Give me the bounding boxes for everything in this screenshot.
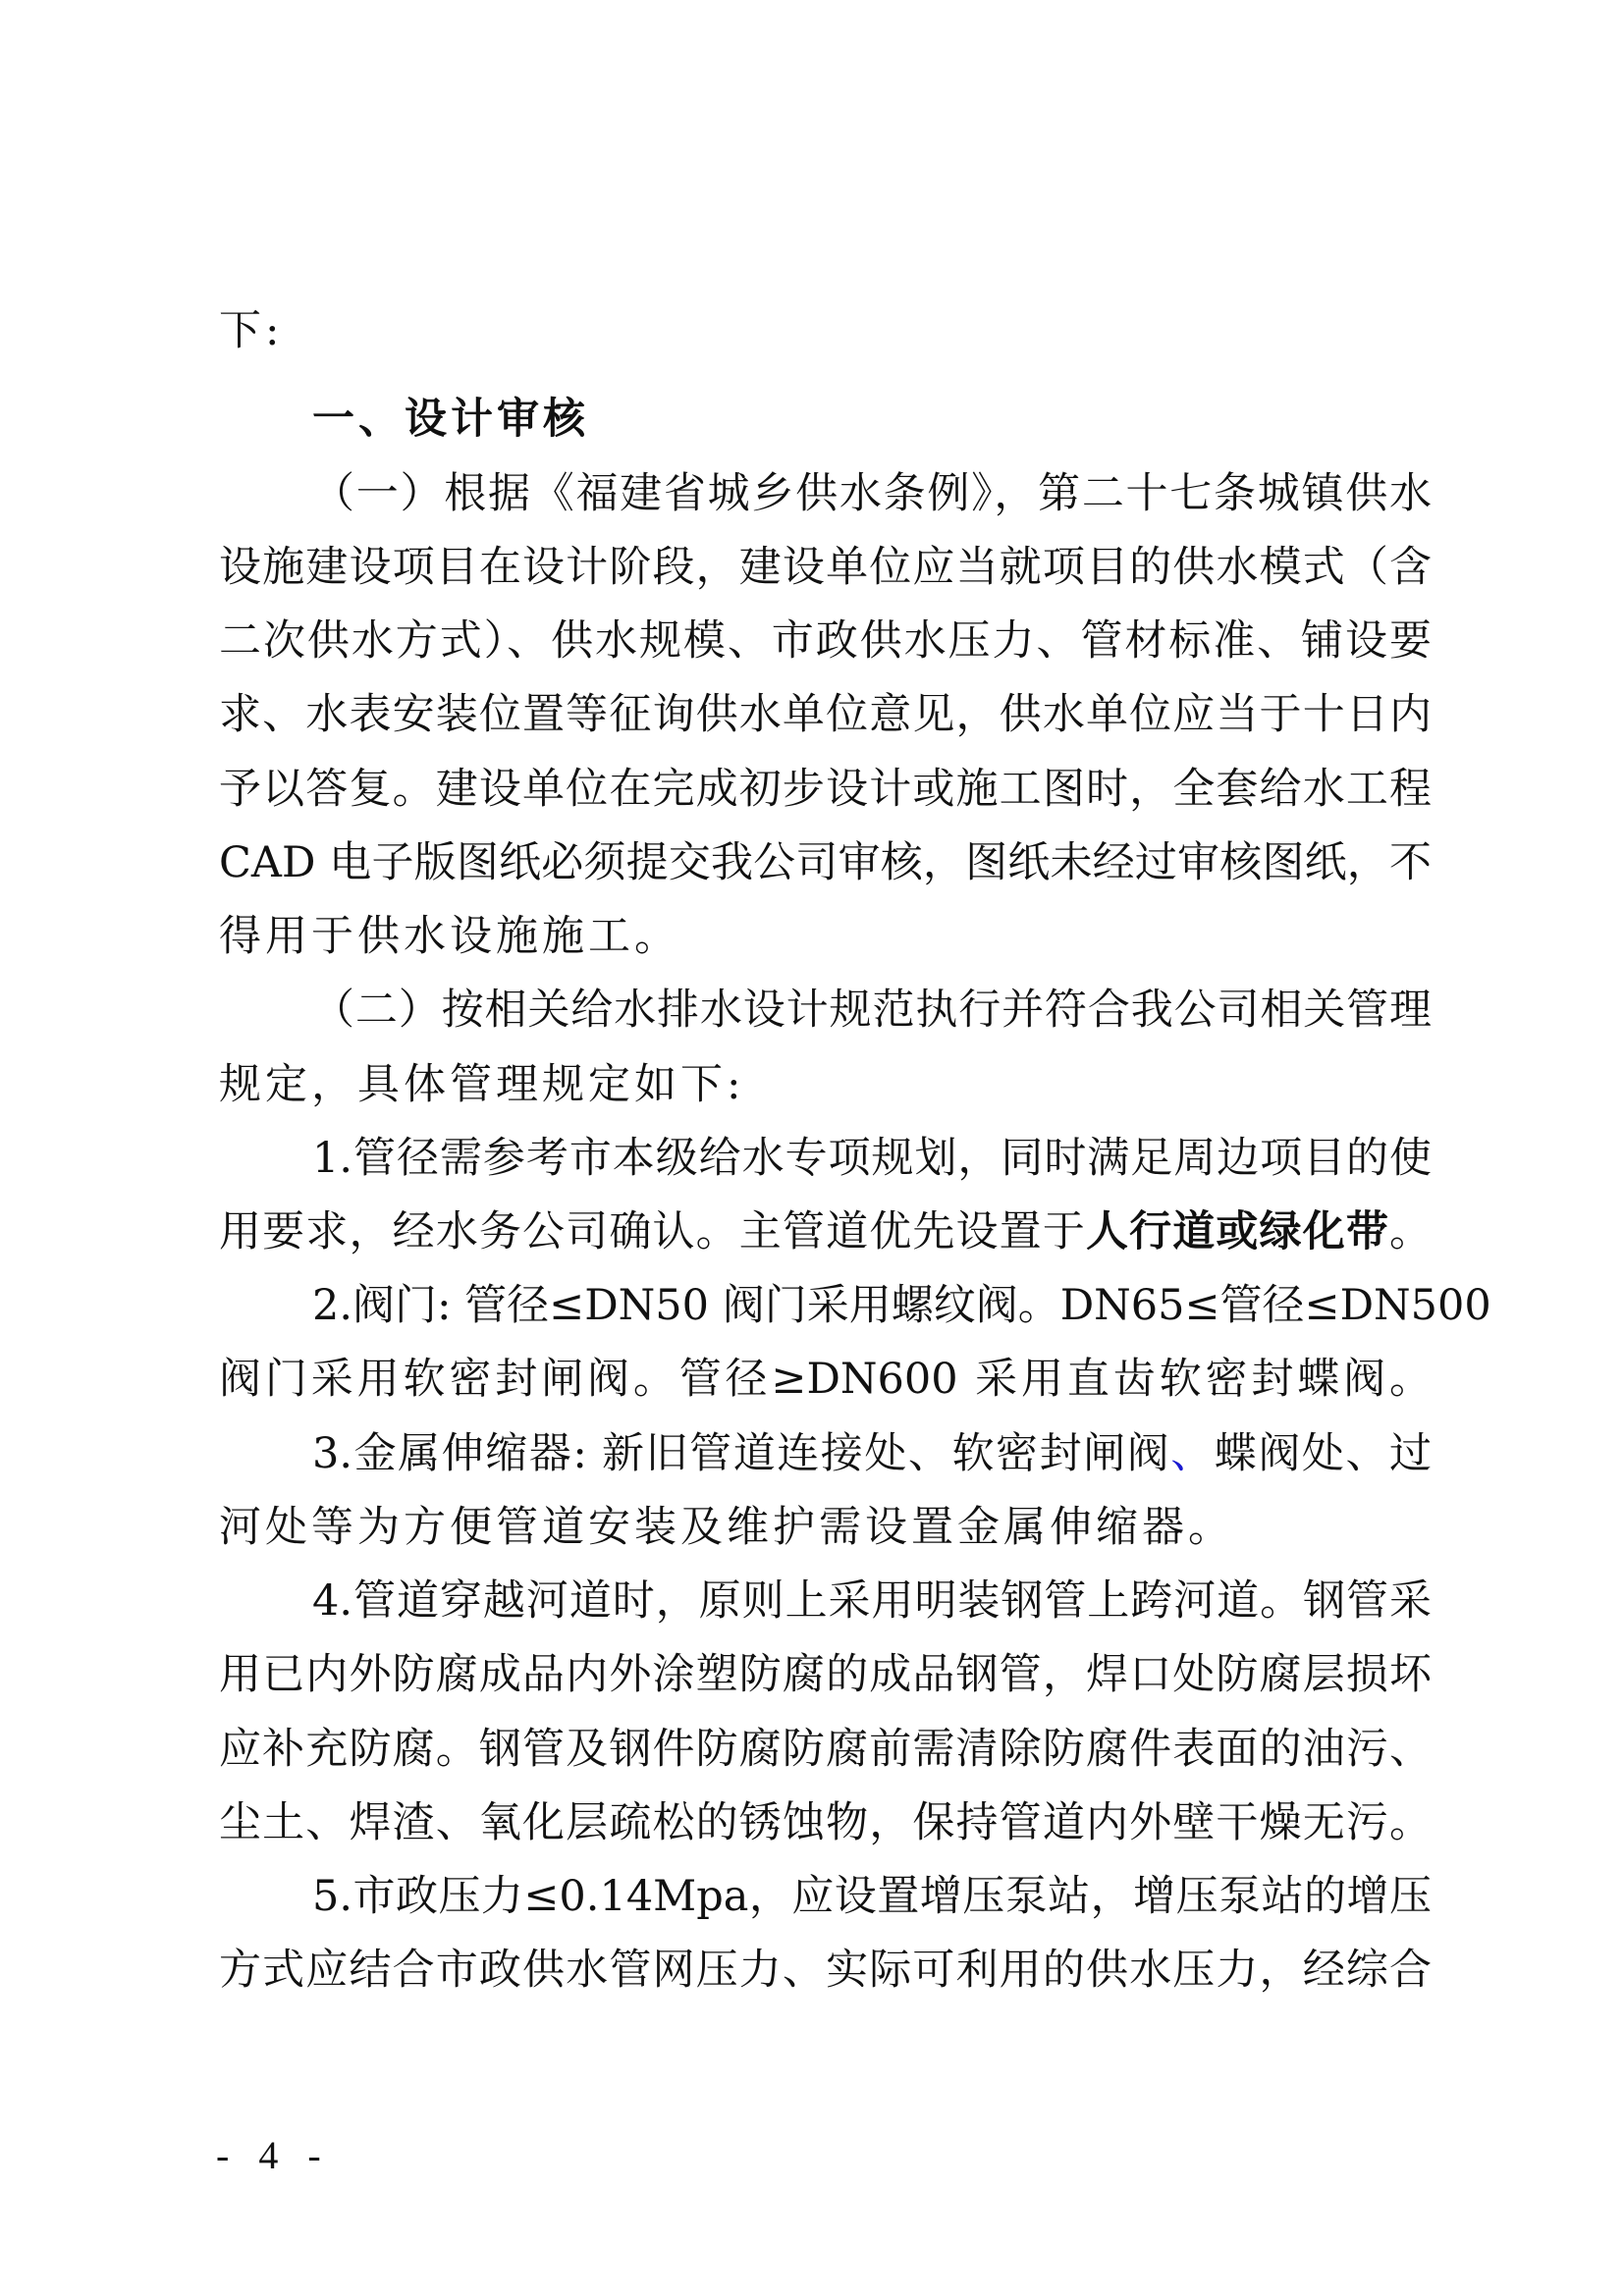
text: 3.金属伸缩器: 新旧管道连接处、软密封闸阀: [312, 1429, 1170, 1478]
list-item-5-line: 方式应结合市政供水管网压力、实际可利用的供水压力，经综合: [219, 1941, 1432, 2000]
paragraph-line: 予以答复。建设单位在完成初步设计或施工图时，全套给水工程: [219, 760, 1432, 819]
list-item-4-line: 4.管道穿越河道时，原则上采用明装钢管上跨河道。钢管采: [312, 1572, 1432, 1630]
list-item-3-line: 河处等为方便管道安装及维护需设置金属伸缩器。: [219, 1498, 1432, 1557]
bold-emphasis: 人行道或绿化带: [1086, 1207, 1389, 1256]
paragraph-line: CAD 电子版图纸必须提交我公司审核，图纸未经过审核图纸，不: [219, 833, 1432, 892]
list-item-4-line: 用已内外防腐成品内外涂塑防腐的成品钢管，焊口处防腐层损坏: [219, 1645, 1432, 1704]
paragraph-line: （二）按相关给水排水设计规范执行并符合我公司相关管理: [312, 981, 1432, 1040]
paragraph-line: 得用于供水设施施工。: [219, 907, 1432, 966]
paragraph-line: 求、水表安装位置等征询供水单位意见，供水单位应当于十日内: [219, 685, 1432, 744]
list-item-2-line: 2.阀门: 管径≤DN50 阀门采用螺纹阀。DN65≤管径≤DN500: [312, 1276, 1432, 1335]
list-item-1-line: 1.管径需参考市本级给水专项规划，同时满足周边项目的使: [312, 1129, 1432, 1188]
list-item-3-line: 3.金属伸缩器: 新旧管道连接处、软密封闸阀、蝶阀处、过: [312, 1424, 1432, 1483]
list-item-5-line: 5.市政压力≤0.14Mpa，应设置增压泵站，增压泵站的增压: [312, 1867, 1432, 1926]
section-heading: 一、设计审核: [312, 390, 1432, 449]
list-item-4-line: 尘土、焊渣、氧化层疏松的锈蚀物，保持管道内外壁干燥无污。: [219, 1793, 1432, 1852]
paragraph-line: 规定，具体管理规定如下:: [219, 1055, 1432, 1114]
blue-comma: 、: [1170, 1429, 1215, 1478]
paragraph-line: 二次供水方式）、供水规模、市政供水压力、管材标准、铺设要: [219, 612, 1432, 670]
list-item-4-line: 应补充防腐。钢管及钢件防腐防腐前需清除防腐件表面的油污、: [219, 1720, 1432, 1779]
text: 用要求，经水务公司确认。主管道优先设置于: [219, 1207, 1086, 1256]
paragraph-line: （一）根据《福建省城乡供水条例》，第二十七条城镇供水: [312, 464, 1432, 523]
text: 蝶阀处、过: [1215, 1429, 1432, 1478]
continuation-text: 下:: [219, 301, 1432, 360]
text: 。: [1389, 1207, 1432, 1256]
list-item-2-line: 阀门采用软密封闸阀。管径≥DN600 采用直齿软密封蝶阀。: [219, 1350, 1432, 1409]
page-number: - 4 -: [216, 2132, 331, 2179]
list-item-1-line: 用要求，经水务公司确认。主管道优先设置于人行道或绿化带。: [219, 1202, 1432, 1261]
paragraph-line: 设施建设项目在设计阶段，建设单位应当就项目的供水模式（含: [219, 538, 1432, 597]
